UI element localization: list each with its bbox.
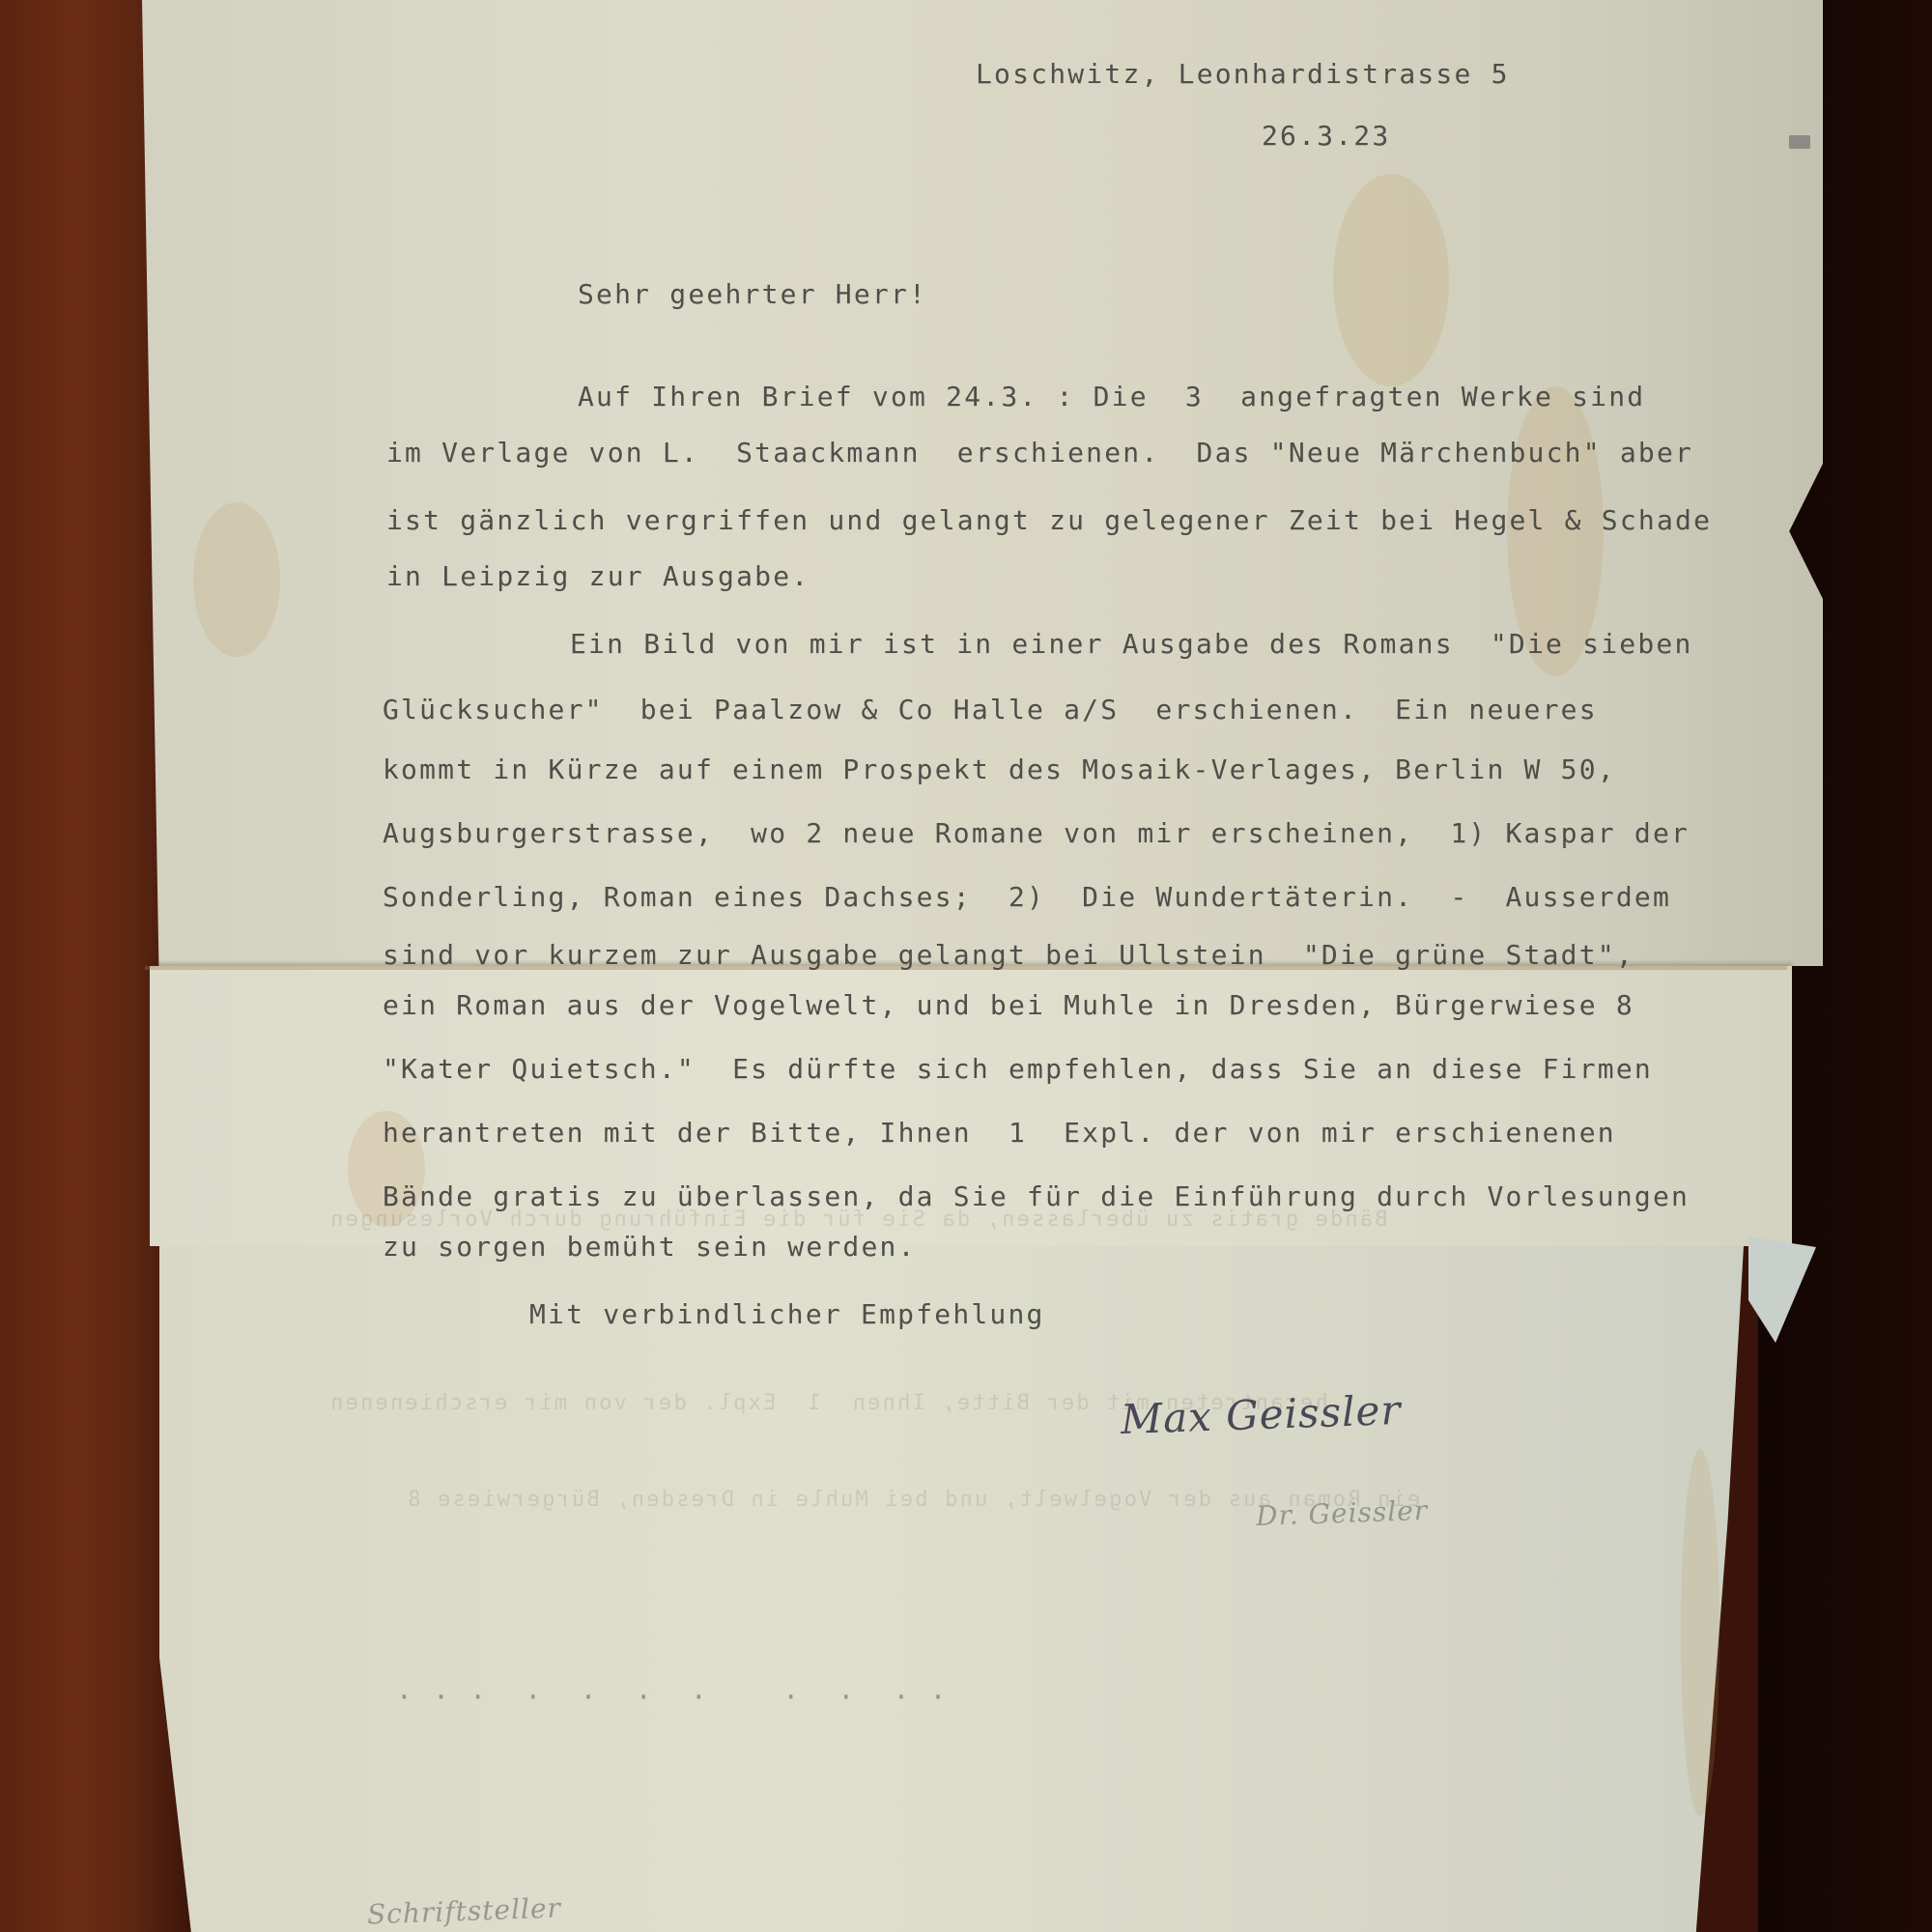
letter-date: 26.3.23 [1262,120,1390,152]
handwritten-signature: Max Geissler [1120,1386,1402,1443]
paragraph-2-line: ein Roman aus der Vogelwelt, und bei Muh… [383,989,1634,1021]
paragraph-1-line: in Leipzig zur Ausgabe. [386,560,810,592]
letter-paper-bottom [159,1246,1744,1932]
paragraph-2-line: Augsburgerstrasse, wo 2 neue Romane von … [383,817,1690,849]
paragraph-2-line: Ein Bild von mir ist in einer Ausgabe de… [570,628,1693,660]
sender-address: Loschwitz, Leonhardistrasse 5 [976,58,1510,90]
staple-mark [1789,135,1810,149]
faint-typed-mark: · · · · · · · · · · · [396,1681,949,1713]
closing: Mit verbindlicher Empfehlung [529,1298,1045,1330]
paragraph-2-line: kommt in Kürze auf einem Prospekt des Mo… [383,753,1616,785]
faint-signature: Dr. Geissler [1255,1494,1428,1532]
paragraph-1-line: im Verlage von L. Staackmann erschienen.… [386,437,1693,469]
salutation: Sehr geehrter Herr! [578,278,927,310]
paragraph-2-line: sind vor kurzem zur Ausgabe gelangt bei … [383,939,1634,971]
age-stain [193,502,280,657]
paragraph-2-line: Glücksucher" bei Paalzow & Co Halle a/S … [383,694,1598,725]
paragraph-2-line: Sonderling, Roman eines Dachses; 2) Die … [383,881,1671,913]
bleed-through-text: Bände gratis zu überlassen, da Sie für d… [328,1207,1388,1232]
age-stain [1681,1449,1719,1816]
bottom-handwriting: Schriftsteller [366,1892,561,1931]
paragraph-1-line: ist gänzlich vergriffen und gelangt zu g… [386,504,1712,536]
paragraph-2-line: "Kater Quietsch." Es dürfte sich empfehl… [383,1053,1653,1085]
paragraph-2-line: zu sorgen bemüht sein werden. [383,1231,917,1263]
age-stain [1333,174,1449,386]
paragraph-2-line: herantreten mit der Bitte, Ihnen 1 Expl.… [383,1117,1616,1149]
paragraph-1-line: Auf Ihren Brief vom 24.3. : Die 3 angefr… [578,381,1645,412]
